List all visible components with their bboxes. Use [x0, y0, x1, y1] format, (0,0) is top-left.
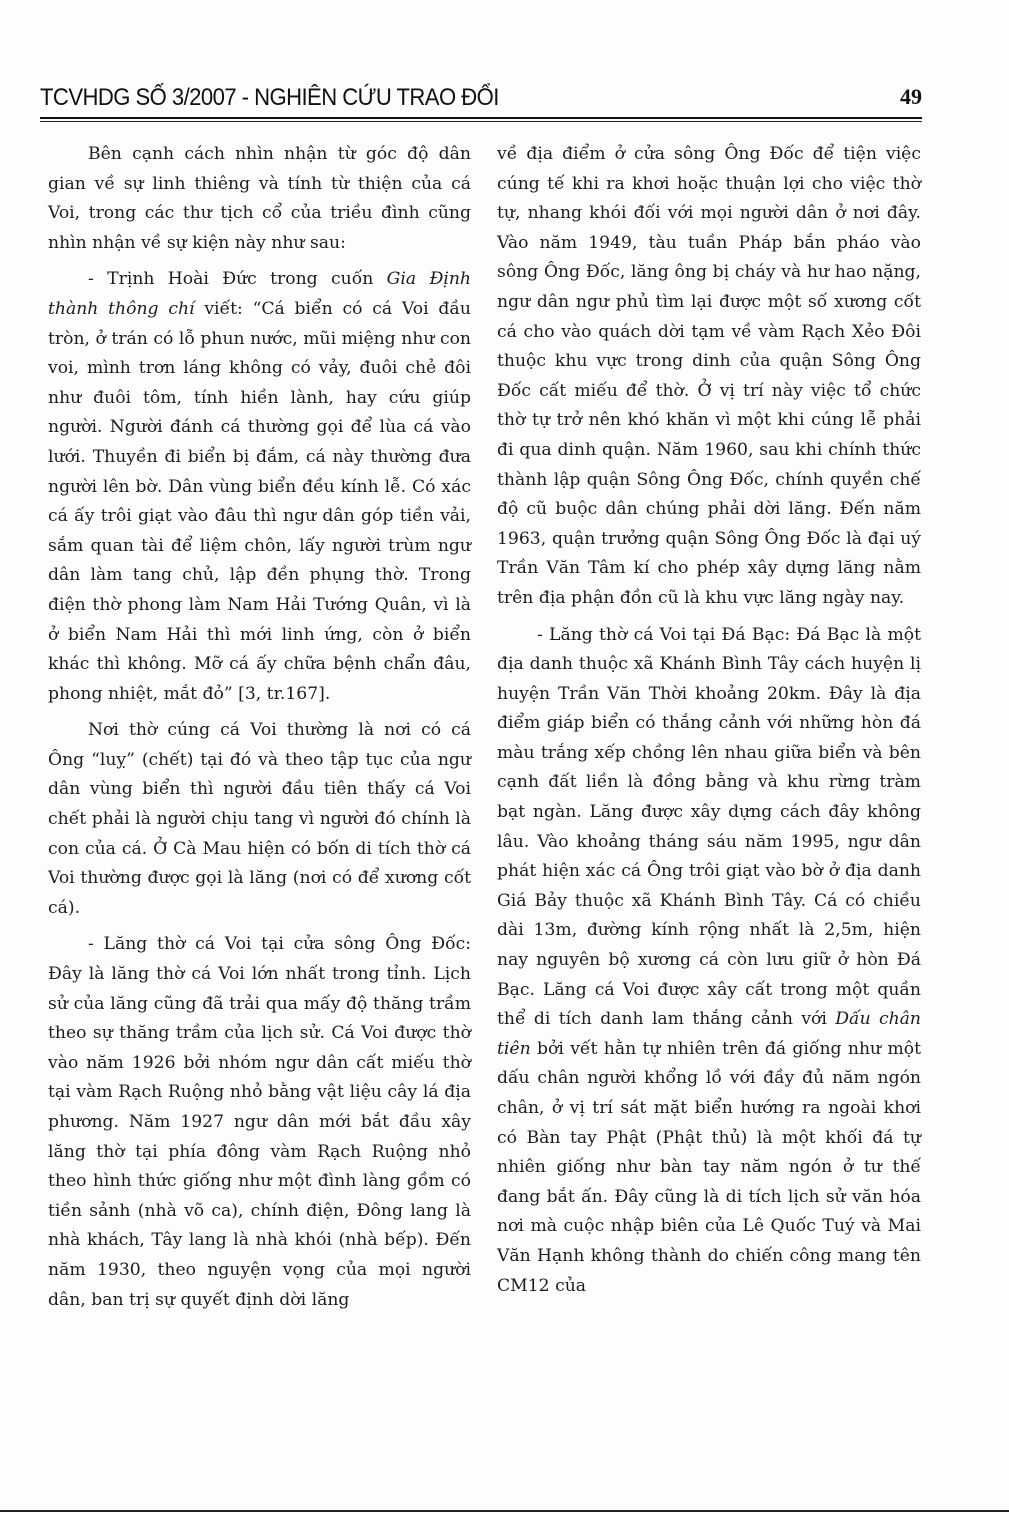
paragraph-da-bac-lead: - Lăng thờ cá Voi tại Đá Bạc: Đá Bạc là … — [497, 625, 921, 1030]
header-rule-thin — [40, 121, 922, 122]
journal-section-title: TCVHDG SỐ 3/2007 - NGHIÊN CỨU TRAO ĐỔI — [40, 84, 499, 112]
paragraph-da-bac-body: bởi vết hằn tự nhiên trên đá giống như m… — [497, 1039, 921, 1296]
header-rule-thick — [40, 117, 922, 119]
paragraph-quote-body: viết: “Cá biển có cá Voi đầu tròn, ở trá… — [48, 299, 471, 704]
paragraph-ong-doc-shrine: - Lăng thờ cá Voi tại cửa sông Ông Đốc: … — [48, 930, 471, 1315]
paragraph-ong-doc-continued: về địa điểm ở cửa sông Ông Đốc để tiện v… — [497, 140, 921, 614]
paragraph-quote-lead: - Trịnh Hoài Đức trong cuốn — [88, 269, 387, 289]
running-header: TCVHDG SỐ 3/2007 - NGHIÊN CỨU TRAO ĐỔI 4… — [40, 84, 922, 118]
left-column: Bên cạnh cách nhìn nhận từ góc độ dân gi… — [48, 140, 471, 1322]
paragraph-intro: Bên cạnh cách nhìn nhận từ góc độ dân gi… — [48, 140, 471, 258]
page-number: 49 — [900, 84, 922, 110]
paragraph-worship-places: Nơi thờ cúng cá Voi thường là nơi có cá … — [48, 716, 471, 923]
right-column: về địa điểm ở cửa sông Ông Đốc để tiện v… — [497, 140, 921, 1308]
paragraph-quote: - Trịnh Hoài Đức trong cuốn Gia Định thà… — [48, 265, 471, 709]
page-bottom-edge — [0, 1510, 1009, 1512]
paragraph-da-bac-shrine: - Lăng thờ cá Voi tại Đá Bạc: Đá Bạc là … — [497, 621, 921, 1302]
